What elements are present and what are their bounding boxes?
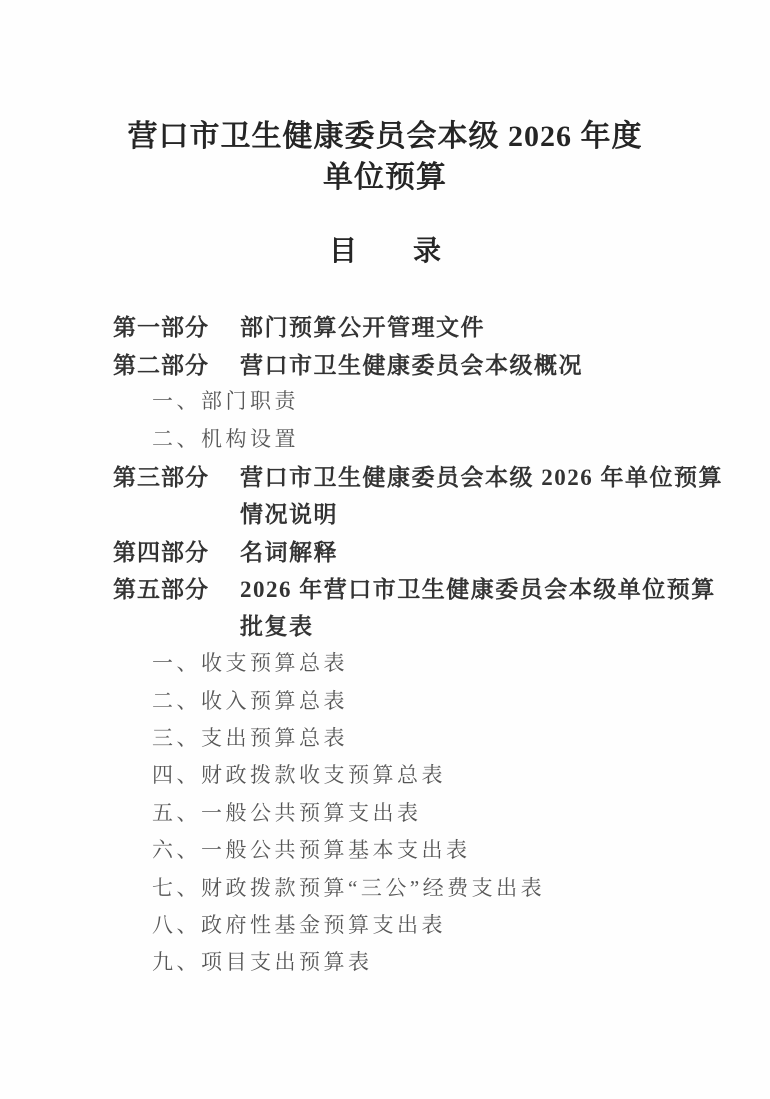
toc-part-row-4: 第四部分 名词解释 (0, 531, 770, 568)
toc-part-title: 部门预算公开管理文件 (240, 309, 485, 342)
toc-item-label: 六、一般公共预算基本支出表 (152, 834, 471, 864)
toc-item-row: 一、收支预算总表 (0, 644, 770, 681)
toc-item-label: 四、财政拨款收支预算总表 (152, 759, 446, 789)
toc-part-title: 营口市卫生健康委员会本级概况 (240, 347, 583, 380)
toc-part-label: 第二部分 (113, 347, 240, 380)
document-page: 营口市卫生健康委员会本级 2026 年度 单位预算 目 录 第一部分 部门预算公… (0, 0, 770, 1099)
toc-part-label: 第一部分 (113, 309, 240, 342)
toc-part-label: 第三部分 (113, 459, 240, 492)
toc-item-label: 三、支出预算总表 (152, 722, 348, 752)
toc-part-title: 2026 年营口市卫生健康委员会本级单位预算 (240, 571, 716, 604)
toc-item-row: 六、一般公共预算基本支出表 (0, 830, 770, 867)
toc-part-title: 名词解释 (240, 534, 338, 567)
toc-item-label: 二、收入预算总表 (152, 685, 348, 715)
toc-item-row: 二、机构设置 (0, 419, 770, 456)
toc-item-row: 一、部门职责 (0, 382, 770, 419)
toc-item-label: 二、机构设置 (152, 423, 299, 453)
toc-item-row: 七、财政拨款预算“三公”经费支出表 (0, 868, 770, 905)
toc-part-row-5: 第五部分 2026 年营口市卫生健康委员会本级单位预算 (0, 569, 770, 606)
toc-item-label: 一、收支预算总表 (152, 647, 348, 677)
toc-part-title-wrap: 批复表 (240, 608, 314, 641)
toc-item-row: 二、收入预算总表 (0, 681, 770, 718)
toc-item-label: 七、财政拨款预算“三公”经费支出表 (152, 872, 545, 902)
toc-part-title-wrap: 情况说明 (240, 496, 338, 529)
toc-part-row-3: 第三部分 营口市卫生健康委员会本级 2026 年单位预算 (0, 457, 770, 494)
toc-item-row: 三、支出预算总表 (0, 718, 770, 755)
toc-item-row: 四、财政拨款收支预算总表 (0, 756, 770, 793)
toc-item-label: 九、项目支出预算表 (152, 946, 373, 976)
document-title: 营口市卫生健康委员会本级 2026 年度 单位预算 (0, 116, 770, 198)
toc-list: 第一部分 部门预算公开管理文件 第二部分 营口市卫生健康委员会本级概况 一、部门… (0, 307, 770, 980)
toc-heading: 目 录 (0, 237, 770, 267)
toc-item-row: 八、政府性基金预算支出表 (0, 905, 770, 942)
toc-item-label: 一、部门职责 (152, 385, 299, 415)
document-title-line2: 单位预算 (0, 157, 770, 198)
toc-part-label: 第四部分 (113, 534, 240, 567)
toc-item-row: 九、项目支出预算表 (0, 943, 770, 980)
toc-part-title-continuation: 批复表 (0, 606, 770, 643)
toc-item-row: 五、一般公共预算支出表 (0, 793, 770, 830)
toc-part-row-2: 第二部分 营口市卫生健康委员会本级概况 (0, 344, 770, 381)
document-title-line1: 营口市卫生健康委员会本级 2026 年度 (0, 116, 770, 157)
toc-item-label: 八、政府性基金预算支出表 (152, 909, 446, 939)
toc-item-label: 五、一般公共预算支出表 (152, 797, 422, 827)
toc-part-title-continuation: 情况说明 (0, 494, 770, 531)
toc-part-title: 营口市卫生健康委员会本级 2026 年单位预算 (240, 459, 723, 492)
toc-part-row-1: 第一部分 部门预算公开管理文件 (0, 307, 770, 344)
toc-part-label: 第五部分 (113, 571, 240, 604)
